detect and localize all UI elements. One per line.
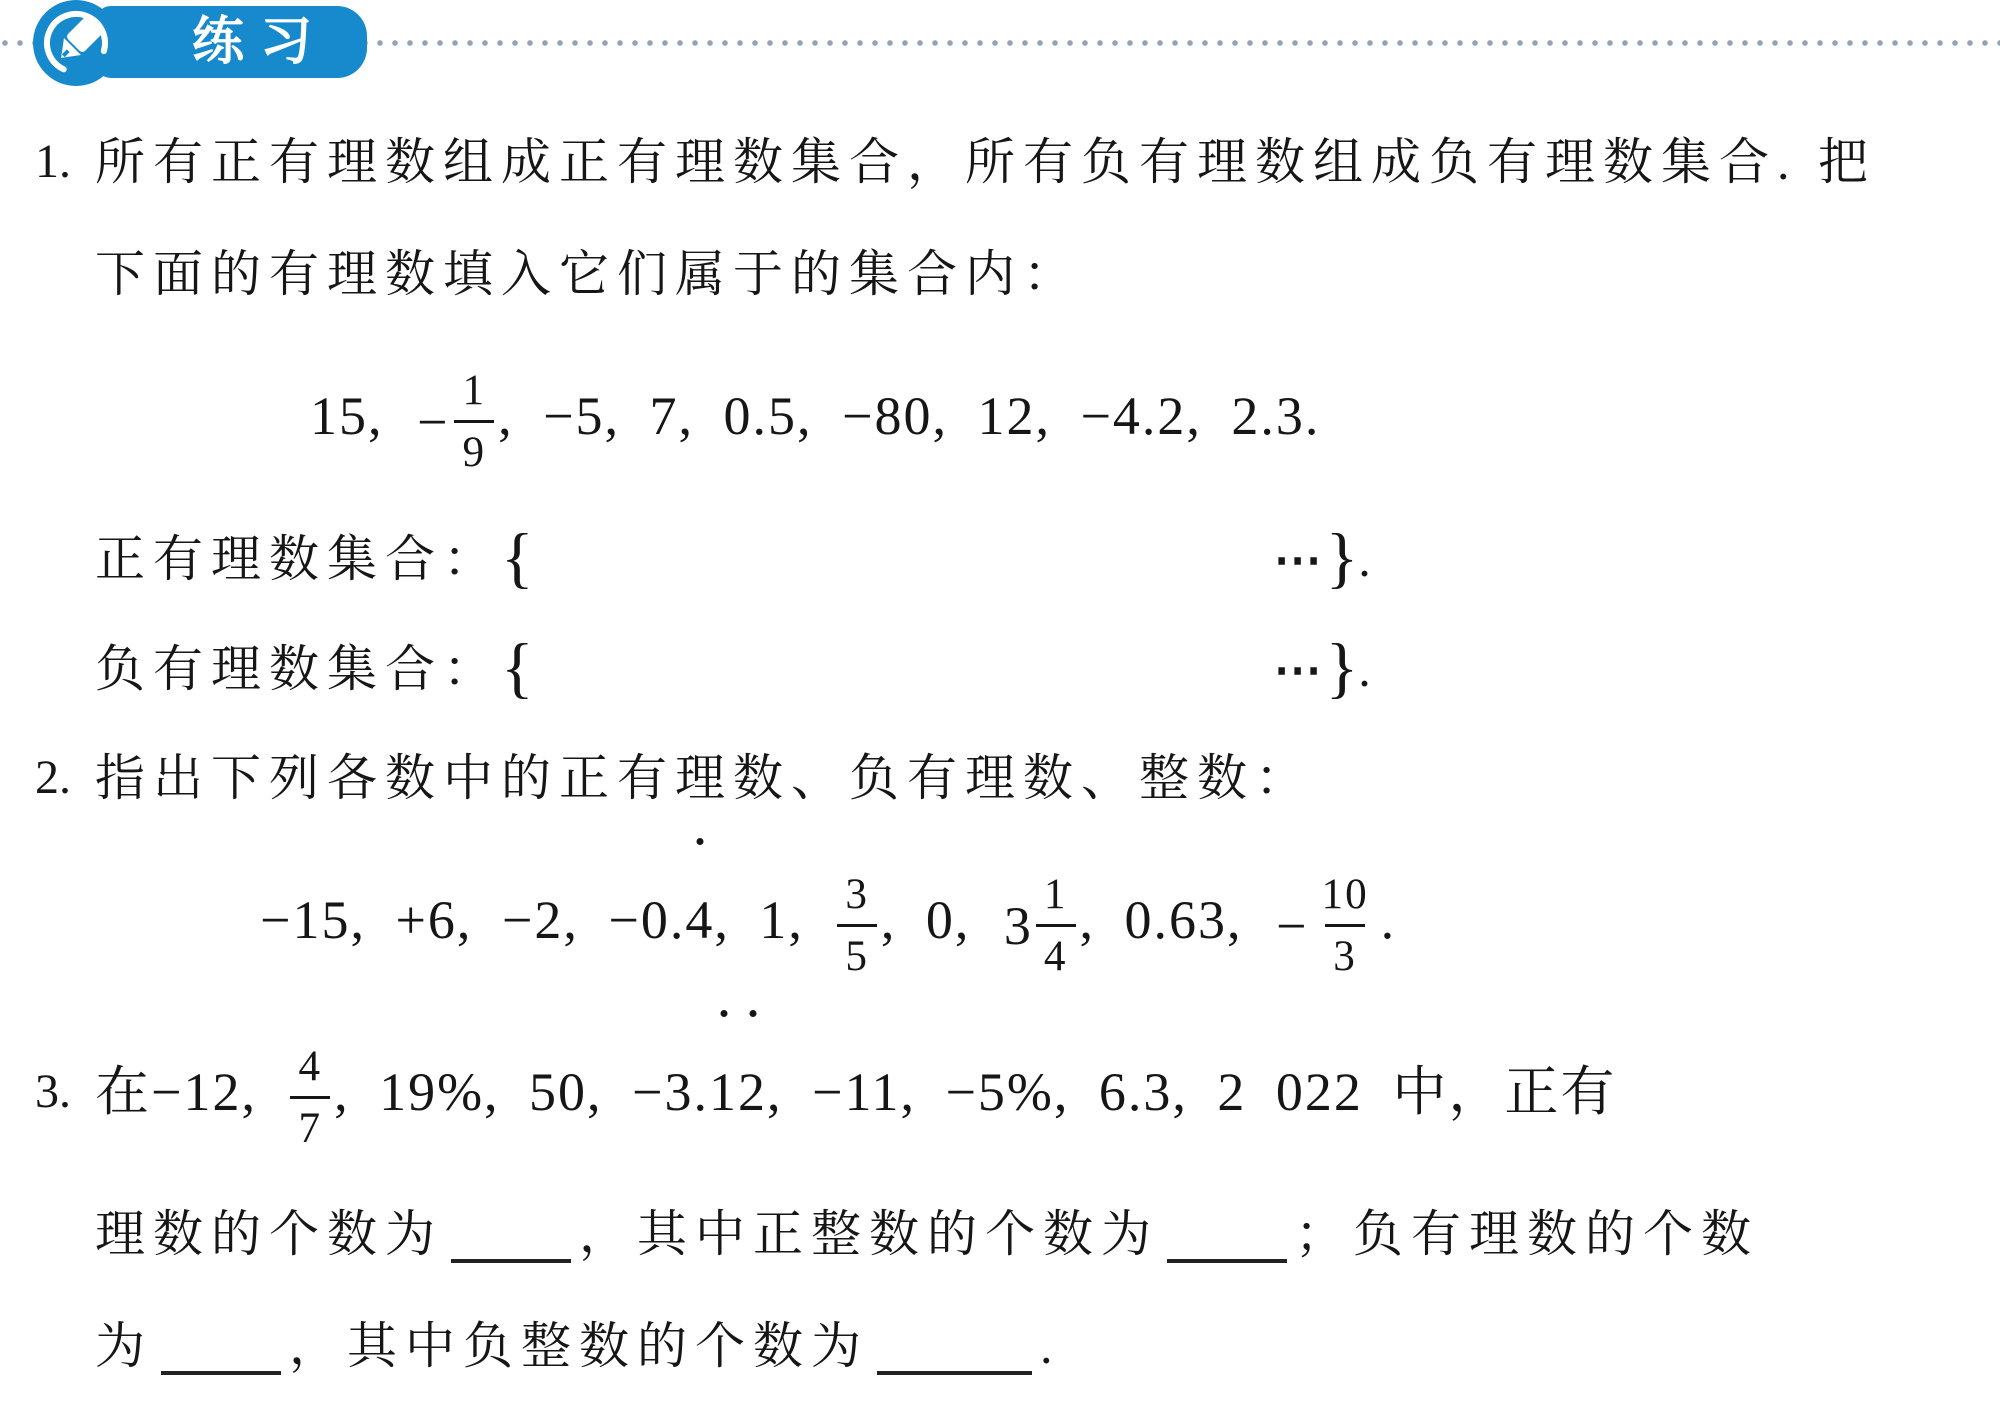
problem-3-tokens-1: 在−12, 47, 19%, 50, −3.12, −11, −5%, 6.3,…	[95, 1062, 1616, 1122]
fraction: 35	[837, 873, 877, 978]
problem-1-number: 1.	[35, 138, 71, 186]
whole-part: 3	[1004, 899, 1033, 953]
numerator: 10	[1313, 873, 1376, 924]
open-brace: {	[501, 629, 534, 705]
problem-2-number-list: −15, +6, −2, −0.4, 1, 35, 0, 314, 0.63, …	[35, 834, 2000, 1006]
text-run: 理数的个数为	[95, 1206, 443, 1262]
text-run: , −11, −5%, 6.3, 2 022 中，正有	[767, 1062, 1616, 1122]
problem-2-number: 2.	[35, 754, 71, 802]
practice-badge-pill: 练习	[95, 6, 367, 78]
fraction: −103	[1276, 873, 1377, 978]
numerator: 1	[1036, 873, 1076, 924]
text-run: , −5, 7, 0.5, −80, 12, −4.2, 2.3.	[498, 386, 1320, 446]
denominator: 7	[290, 1096, 330, 1150]
numerator: 3	[837, 873, 877, 924]
problem-3-number: 3.	[35, 1068, 71, 1116]
exercise-content: 1. 所有正有理数组成正有理数集合，所有负有理数组成负有理数集合. 把 下面的有…	[0, 88, 2000, 1402]
denominator: 9	[454, 420, 494, 474]
text-run: ，其中正整数的个数为	[579, 1206, 1159, 1262]
fraction-stack: 14	[1036, 873, 1076, 978]
repeating-digit: 1	[709, 1006, 738, 1178]
worksheet-page: { "page": { "background": "#ffffff", "te…	[0, 0, 2000, 1413]
text-run: , 0.63,	[1080, 890, 1273, 950]
text-run: 15,	[310, 386, 413, 446]
problem-1-line-1: 1. 所有正有理数组成正有理数集合，所有负有理数组成负有理数集合. 把	[35, 106, 2000, 218]
problem-2: 2. 指出下列各数中的正有理数、负有理数、整数： −15, +6, −2, −0…	[35, 722, 2000, 1006]
answer-blank	[877, 1367, 1032, 1375]
denominator: 5	[837, 924, 877, 978]
minus-sign: −	[1276, 899, 1308, 953]
mixed-number: 314	[1004, 873, 1076, 978]
fraction-stack: 103	[1313, 873, 1376, 978]
denominator: 3	[1325, 924, 1365, 978]
text-run: .	[1040, 1318, 1061, 1374]
problem-2-text-1: 指出下列各数中的正有理数、负有理数、整数：	[95, 750, 1313, 806]
ellipsis-dots: ⋯	[1274, 644, 1326, 697]
problem-3-line-2: 理数的个数为，其中正整数的个数为；负有理数的个数	[35, 1178, 2000, 1290]
text-run: .	[1381, 890, 1397, 950]
positive-set-label: 正有理数集合：	[95, 531, 501, 587]
close-brace: }	[1326, 629, 1359, 705]
fraction-stack: 47	[290, 1045, 330, 1150]
close-brace: }	[1326, 519, 1359, 595]
text-run: 为	[95, 1318, 153, 1374]
pencil-in-circle-icon	[33, 0, 119, 86]
practice-badge-label: 练习	[192, 16, 328, 68]
text-run: 在−12,	[95, 1062, 286, 1122]
problem-2-line-1: 2. 指出下列各数中的正有理数、负有理数、整数：	[35, 722, 2000, 834]
problem-1: 1. 所有正有理数组成正有理数集合，所有负有理数组成负有理数集合. 把 下面的有…	[35, 106, 2000, 722]
ellipsis-dots: ⋯	[1274, 534, 1326, 587]
text-run: , 19%, 50, −3.	[334, 1062, 709, 1122]
repeating-digit: 2	[738, 1006, 767, 1178]
problem-1-text-2: 下面的有理数填入它们属于的集合内：	[95, 246, 1081, 302]
fraction: −19	[417, 369, 494, 474]
problem-1-text-1: 所有正有理数组成正有理数集合，所有负有理数组成负有理数集合. 把	[95, 134, 1876, 190]
problem-1-line-2: 下面的有理数填入它们属于的集合内：	[35, 218, 2000, 330]
problem-3-line-3: 为，其中负整数的个数为.	[35, 1290, 2000, 1402]
answer-blank	[161, 1367, 281, 1375]
problem-1-number-list: 15, −19, −5, 7, 0.5, −80, 12, −4.2, 2.3.	[35, 330, 2000, 502]
problem-3: 3. 在−12, 47, 19%, 50, −3.12, −11, −5%, 6…	[35, 1006, 2000, 1402]
period: .	[1358, 531, 1379, 587]
practice-header: 练习	[0, 0, 2000, 88]
numerator: 1	[454, 369, 494, 420]
negative-set-label: 负有理数集合：	[95, 641, 501, 697]
text-run: −15, +6, −2, −0.	[260, 890, 685, 950]
open-brace: {	[501, 519, 534, 595]
fraction-stack: 35	[837, 873, 877, 978]
numerator: 4	[290, 1045, 330, 1096]
denominator: 4	[1036, 924, 1076, 978]
positive-set-fill-line: 正有理数集合：{⋯}.	[35, 502, 2000, 612]
repeating-digit: 4	[685, 834, 714, 1006]
minus-sign: −	[417, 395, 449, 449]
answer-blank	[451, 1255, 571, 1263]
period: .	[1358, 641, 1379, 697]
negative-set-fill-line: 负有理数集合：{⋯}.	[35, 612, 2000, 722]
text-run: , 0,	[881, 890, 1000, 950]
fraction: 47	[290, 1045, 330, 1150]
problem-3-line-1: 3. 在−12, 47, 19%, 50, −3.12, −11, −5%, 6…	[35, 1006, 2000, 1178]
text-run: , 1,	[714, 890, 833, 950]
practice-badge: 练习	[33, 0, 373, 88]
fraction-stack: 19	[454, 369, 494, 474]
answer-blank	[1167, 1255, 1287, 1263]
text-run: ，其中负整数的个数为	[289, 1318, 869, 1374]
text-run: ；负有理数的个数	[1295, 1206, 1759, 1262]
